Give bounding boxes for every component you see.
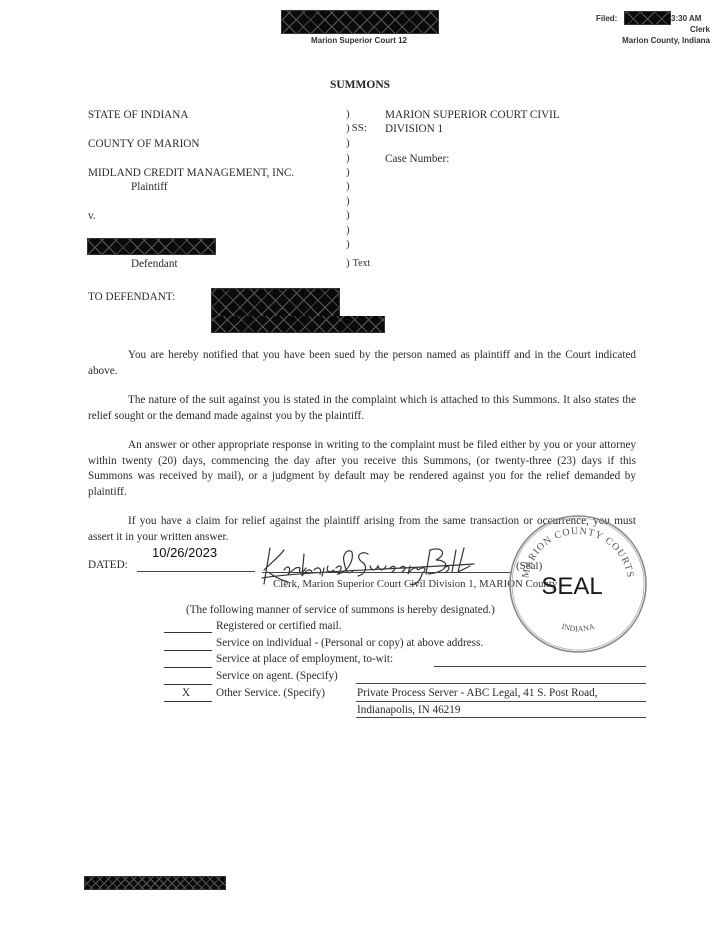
seal-center-text: SEAL bbox=[541, 573, 602, 600]
paren-text: Text bbox=[353, 258, 371, 269]
caption-plaintiff-name: MIDLAND CREDIT MANAGEMENT, INC. bbox=[88, 166, 294, 181]
redacted-defendant-address bbox=[211, 316, 385, 333]
caption-county: COUNTY OF MARION bbox=[88, 137, 199, 152]
redacted-defendant-name bbox=[87, 238, 216, 255]
filed-time: 3:30 AM bbox=[671, 14, 701, 23]
service-intro: (The following manner of service of summ… bbox=[186, 603, 495, 618]
caption-plaintiff-label: Plaintiff bbox=[131, 180, 167, 195]
paren: ) bbox=[346, 238, 350, 250]
service-blank bbox=[164, 650, 212, 651]
caption-court-line1: MARION SUPERIOR COURT CIVIL bbox=[385, 108, 560, 123]
agent-detail-line bbox=[356, 683, 646, 684]
court-stamp: Marion Superior Court 12 bbox=[281, 36, 437, 45]
svg-text:INDIANA: INDIANA bbox=[561, 622, 596, 634]
ss-label: SS: bbox=[352, 122, 367, 134]
svg-text:MARION COUNTY COURTS: MARION COUNTY COURTS bbox=[520, 526, 635, 579]
redacted-footer bbox=[84, 876, 226, 890]
paren: ) bbox=[346, 195, 350, 207]
redacted-filed-date bbox=[624, 11, 671, 25]
filed-clerk: Clerk bbox=[690, 25, 710, 34]
redacted-case-number bbox=[281, 10, 439, 34]
caption-state: STATE OF INDIANA bbox=[88, 108, 188, 123]
service-blank bbox=[164, 667, 212, 668]
paren: ) bbox=[346, 152, 350, 164]
employment-detail-line bbox=[434, 666, 646, 667]
other-detail-underline bbox=[356, 701, 646, 702]
caption-versus: v. bbox=[88, 209, 96, 224]
seal-top-text: MARION COUNTY COURTS bbox=[520, 526, 635, 579]
other-service-detail-line2: Indianapolis, IN 46219 bbox=[357, 703, 460, 718]
service-blank bbox=[164, 632, 212, 633]
seal-bottom-text: INDIANA bbox=[561, 622, 596, 634]
service-option-individual: Service on individual - (Personal or cop… bbox=[216, 636, 483, 651]
dated-label: DATED: bbox=[88, 558, 128, 573]
caption-defendant-label: Defendant bbox=[131, 257, 178, 272]
paragraph-nature: The nature of the suit against you is st… bbox=[88, 393, 636, 424]
filed-county: Marion County, Indiana bbox=[622, 36, 710, 45]
paragraph-notice: You are hereby notified that you have be… bbox=[88, 348, 636, 379]
service-option-employment: Service at place of employment, to-wit: bbox=[216, 652, 393, 667]
court-seal: MARION COUNTY COURTS INDIANA SEAL bbox=[506, 512, 650, 656]
paren: ) bbox=[346, 108, 350, 120]
signature-line bbox=[262, 572, 512, 573]
dated-underline bbox=[137, 571, 255, 572]
paren: ) bbox=[346, 209, 350, 221]
paren: )SS: bbox=[346, 122, 367, 134]
filed-label: Filed: bbox=[596, 14, 617, 23]
to-defendant-label: TO DEFENDANT: bbox=[88, 290, 175, 305]
service-blank bbox=[164, 684, 212, 685]
service-option-other: Other Service. (Specify) bbox=[216, 686, 325, 701]
paren: ) bbox=[346, 137, 350, 149]
case-number-label: Case Number: bbox=[385, 152, 449, 167]
document-title: SUMMONS bbox=[0, 79, 720, 91]
paragraph-answer: An answer or other appropriate response … bbox=[88, 438, 636, 500]
service-option-agent: Service on agent. (Specify) bbox=[216, 669, 338, 684]
paren: ) bbox=[346, 180, 350, 192]
dated-value: 10/26/2023 bbox=[152, 545, 217, 560]
other-detail-underline bbox=[356, 717, 646, 718]
paren: ) bbox=[346, 166, 350, 178]
caption-court-line2: DIVISION 1 bbox=[385, 122, 443, 137]
service-blank-checked bbox=[164, 701, 212, 702]
paren: )Text bbox=[346, 257, 370, 269]
other-service-detail-line1: Private Process Server - ABC Legal, 41 S… bbox=[357, 686, 598, 701]
service-mark-x: X bbox=[182, 686, 190, 701]
paren: ) bbox=[346, 224, 350, 236]
service-option-registered-mail: Registered or certified mail. bbox=[216, 619, 342, 634]
